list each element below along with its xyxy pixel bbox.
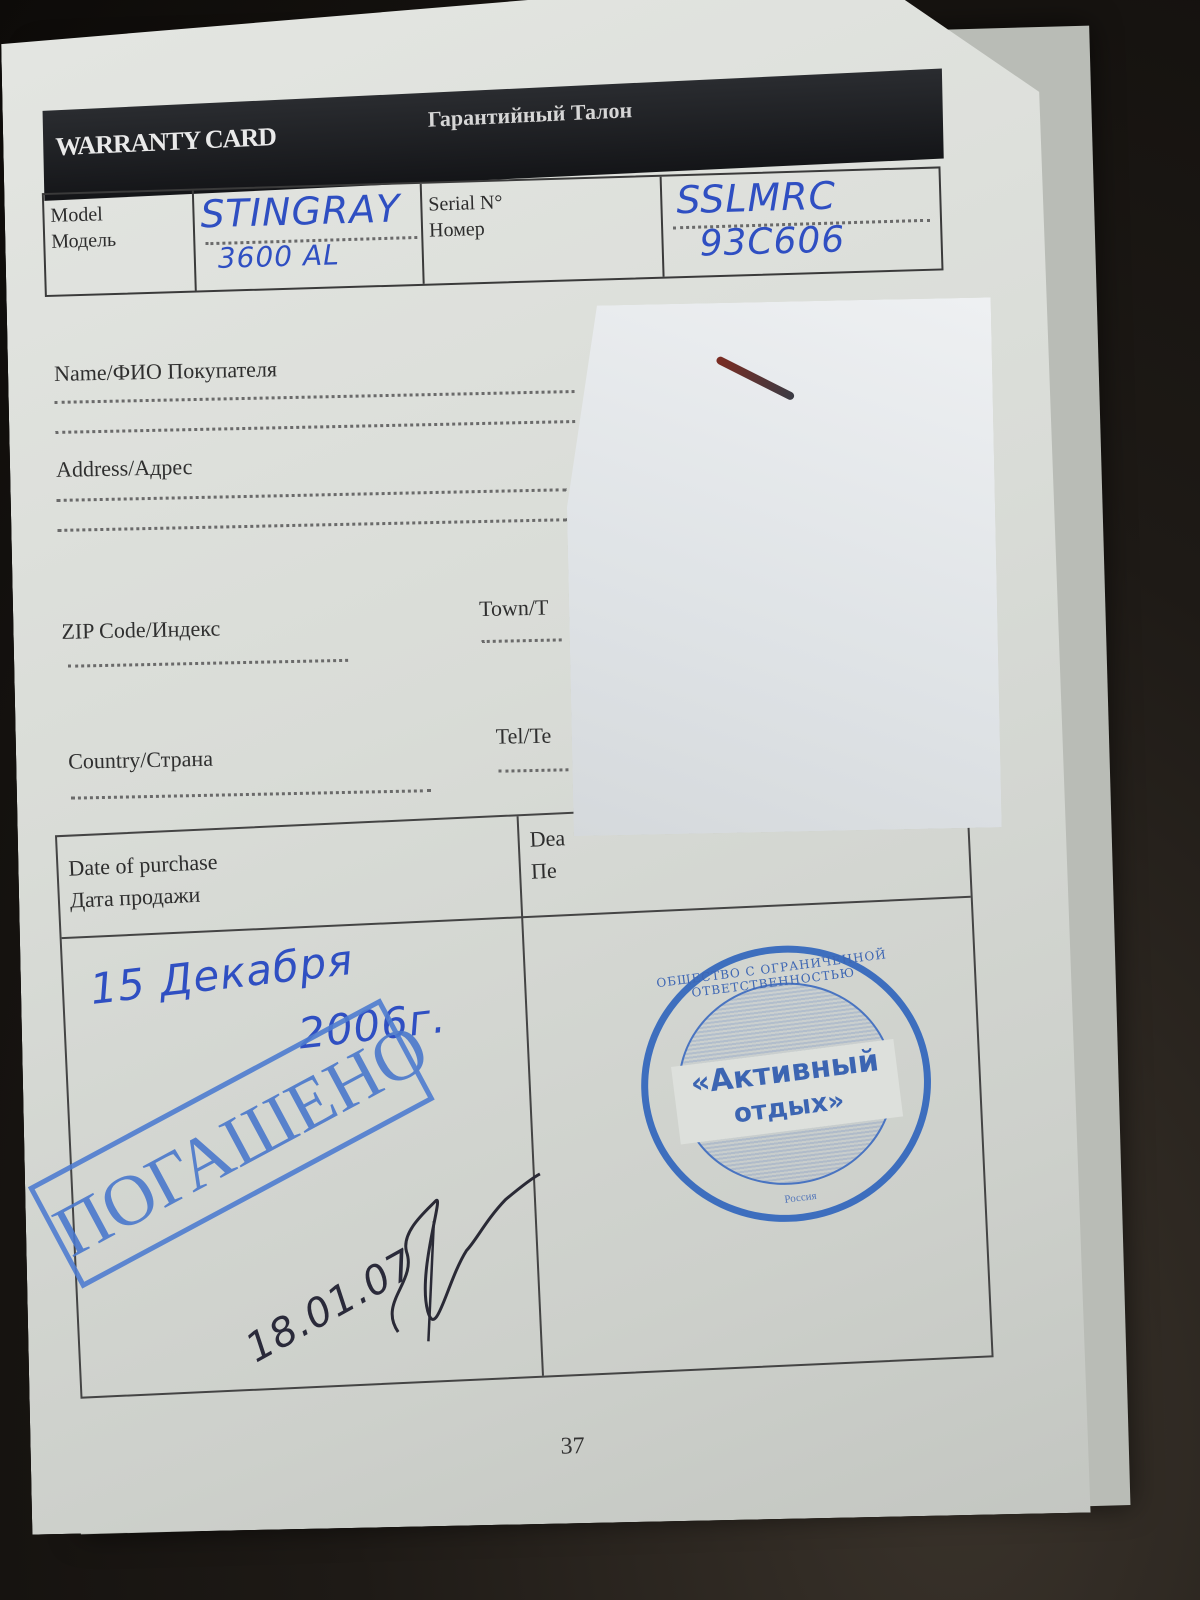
country-label: Country/Страна [68,746,213,775]
model-value-cell: STINGRAY 3600 AL [194,184,425,291]
name-line-1 [55,390,575,404]
receipt-pen-mark [715,355,795,401]
warranty-card-page: WARRANTY CARD Гарантийный Талон Model Мо… [0,0,1112,1535]
serial-value-line1: SSLMRC [676,174,837,223]
model-label-en: Model [50,199,187,229]
model-value-line1: STINGRAY [200,186,401,236]
tel-label: Tel/Te [495,723,551,750]
model-value-line2: 3600 AL [217,238,340,275]
zip-label: ZIP Code/Индекс [61,616,220,645]
title-en: WARRANTY CARD [55,122,276,162]
title-ru: Гарантийный Талон [428,97,633,133]
attached-receipt-paper [563,297,1002,836]
name-line-2 [55,420,575,434]
address-line-1 [57,488,567,502]
tel-line [498,768,568,772]
serial-label-ru: Номер [429,211,656,244]
model-label-cell: Model Модель [44,191,197,295]
zip-line [68,659,348,668]
serial-label-cell: Serial N° Номер [422,177,665,284]
dealer-label-en: Dea [529,822,566,856]
page-number: 37 [560,1433,585,1460]
town-label: Town/T [479,595,549,622]
serial-value-line2: 93C606 [699,219,846,264]
town-line [482,638,562,643]
name-label: Name/ФИО Покупателя [54,356,278,387]
signature-icon [355,1159,559,1353]
purchase-date-line1: 15 Декабря [88,935,356,1014]
serial-value-cell: SSLMRC 93C606 [662,168,942,276]
country-line [71,789,431,800]
address-label: Address/Адрес [56,454,193,483]
model-label-ru: Модель [51,225,188,255]
address-line-2 [57,518,567,532]
date-label-ru: Дата продажи [69,878,219,917]
dealer-label-ru: Пе [530,854,567,888]
